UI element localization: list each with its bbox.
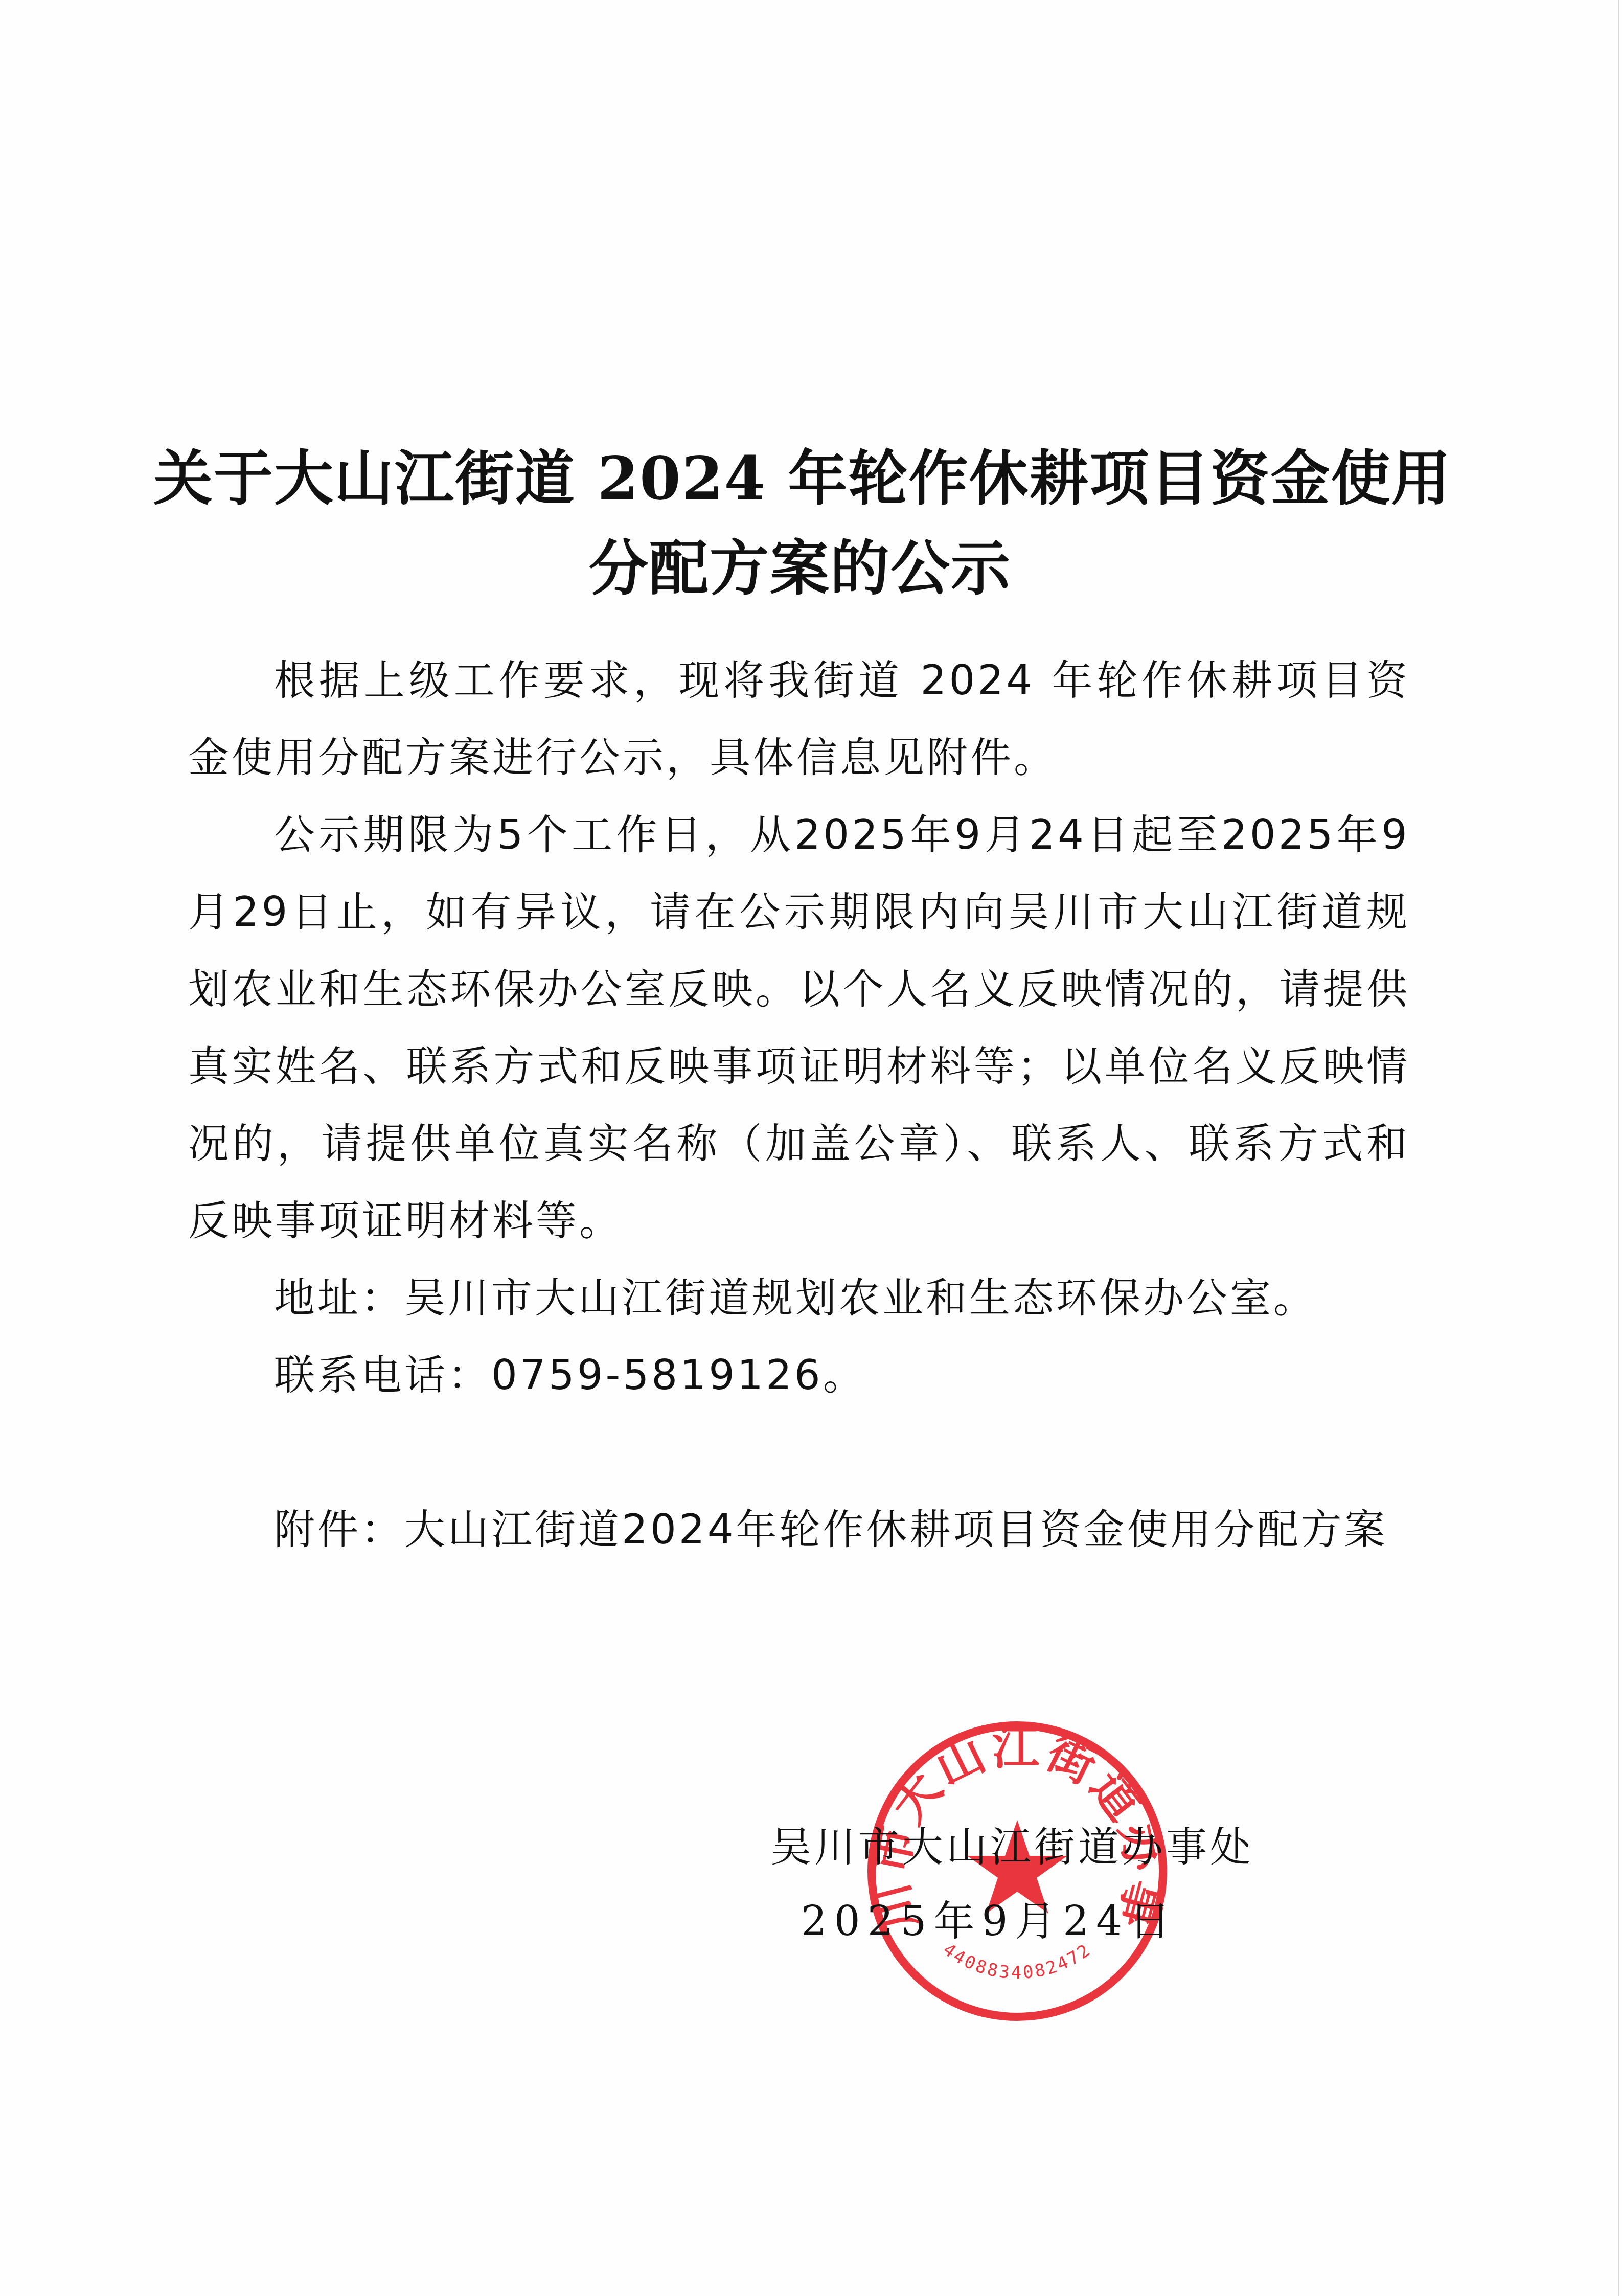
paragraph-phone: 联系电话：0759-5819126。 xyxy=(188,1336,1410,1414)
spacer xyxy=(188,1414,1410,1491)
paragraph-address: 地址：吴川市大山江街道规划农业和生态环保办公室。 xyxy=(188,1259,1410,1336)
paragraph-publicity-period: 公示期限为5个工作日，从2025年9月24日起至2025年9月29日止，如有异议… xyxy=(188,796,1410,1259)
title-line-2: 分配方案的公示 xyxy=(153,524,1447,613)
title-line-1: 关于大山江街道 2024 年轮作休耕项目资金使用 xyxy=(153,434,1447,524)
document-title: 关于大山江街道 2024 年轮作休耕项目资金使用 分配方案的公示 xyxy=(153,434,1447,613)
paragraph-intro: 根据上级工作要求，现将我街道 2024 年轮作休耕项目资金使用分配方案进行公示，… xyxy=(188,642,1410,796)
signature-block: 吴川市大山江街道办事处 2025年9月24日 xyxy=(767,1810,1258,1958)
document-page: 关于大山江街道 2024 年轮作休耕项目资金使用 分配方案的公示 根据上级工作要… xyxy=(0,0,1622,2296)
signing-organization: 吴川市大山江街道办事处 xyxy=(767,1810,1258,1884)
attachment-line: 附件：大山江街道2024年轮作休耕项目资金使用分配方案 xyxy=(188,1491,1410,1568)
document-body: 根据上级工作要求，现将我街道 2024 年轮作休耕项目资金使用分配方案进行公示，… xyxy=(188,642,1410,1568)
signing-date: 2025年9月24日 xyxy=(767,1884,1258,1958)
